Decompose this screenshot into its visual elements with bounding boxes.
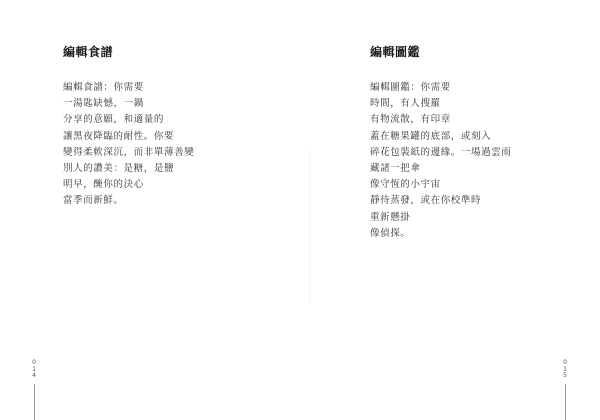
poem-line: 別人的讚美：是糖，是鹽: [63, 161, 194, 177]
poem-line: 變得柔軟深沉，而非單薄善變: [63, 145, 194, 161]
poem-line: 蓋在糖果罐的底部，或刻入: [370, 129, 511, 145]
poem-line: 像偵探。: [370, 226, 511, 242]
page-number-digit: 5: [561, 373, 569, 380]
right-page: 編輯圖鑑 編輯圖鑑：你需要 時間，有人搜羅 有物流散，有印章 蓋在糖果罐的底部，…: [300, 0, 600, 420]
poem-line: 編輯食譜：你需要: [63, 80, 194, 96]
poem-line: 藏諸一把傘: [370, 161, 511, 177]
poem-line: 碎花包裝紙的邊緣。一場過雲雨: [370, 145, 511, 161]
page-number-digit: 4: [30, 373, 38, 380]
poem-line: 當季而新鮮。: [63, 193, 194, 209]
poem-title: 編輯食譜: [63, 43, 113, 60]
left-page: 編輯食譜 編輯食譜：你需要 一湯匙缺憾，一鍋 分享的意願，和適量的 讓黑夜降臨的…: [0, 0, 300, 420]
page-number: 0 1 5: [561, 360, 569, 380]
poem-line: 明早，醃你的決心: [63, 177, 194, 193]
poem-title: 編輯圖鑑: [370, 43, 420, 60]
poem-line: 分享的意願，和適量的: [63, 112, 194, 128]
folio-rule: [34, 384, 35, 420]
poem-line: 時間，有人搜羅: [370, 96, 511, 112]
poem-line: 一湯匙缺憾，一鍋: [63, 96, 194, 112]
poem-body: 編輯圖鑑：你需要 時間，有人搜羅 有物流散，有印章 蓋在糖果罐的底部，或刻入 碎…: [370, 80, 511, 242]
poem-body: 編輯食譜：你需要 一湯匙缺憾，一鍋 分享的意願，和適量的 讓黑夜降臨的耐性。你要…: [63, 80, 194, 210]
folio-rule: [565, 384, 566, 420]
poem-line: 像守恆的小宇宙: [370, 177, 511, 193]
poem-line: 靜待蒸發，或在你校準時: [370, 193, 511, 209]
poem-line: 編輯圖鑑：你需要: [370, 80, 511, 96]
poem-line: 有物流散，有印章: [370, 112, 511, 128]
poem-line: 重新懸掛: [370, 210, 511, 226]
poem-line: 讓黑夜降臨的耐性。你要: [63, 129, 194, 145]
page-number: 0 1 4: [30, 360, 38, 380]
